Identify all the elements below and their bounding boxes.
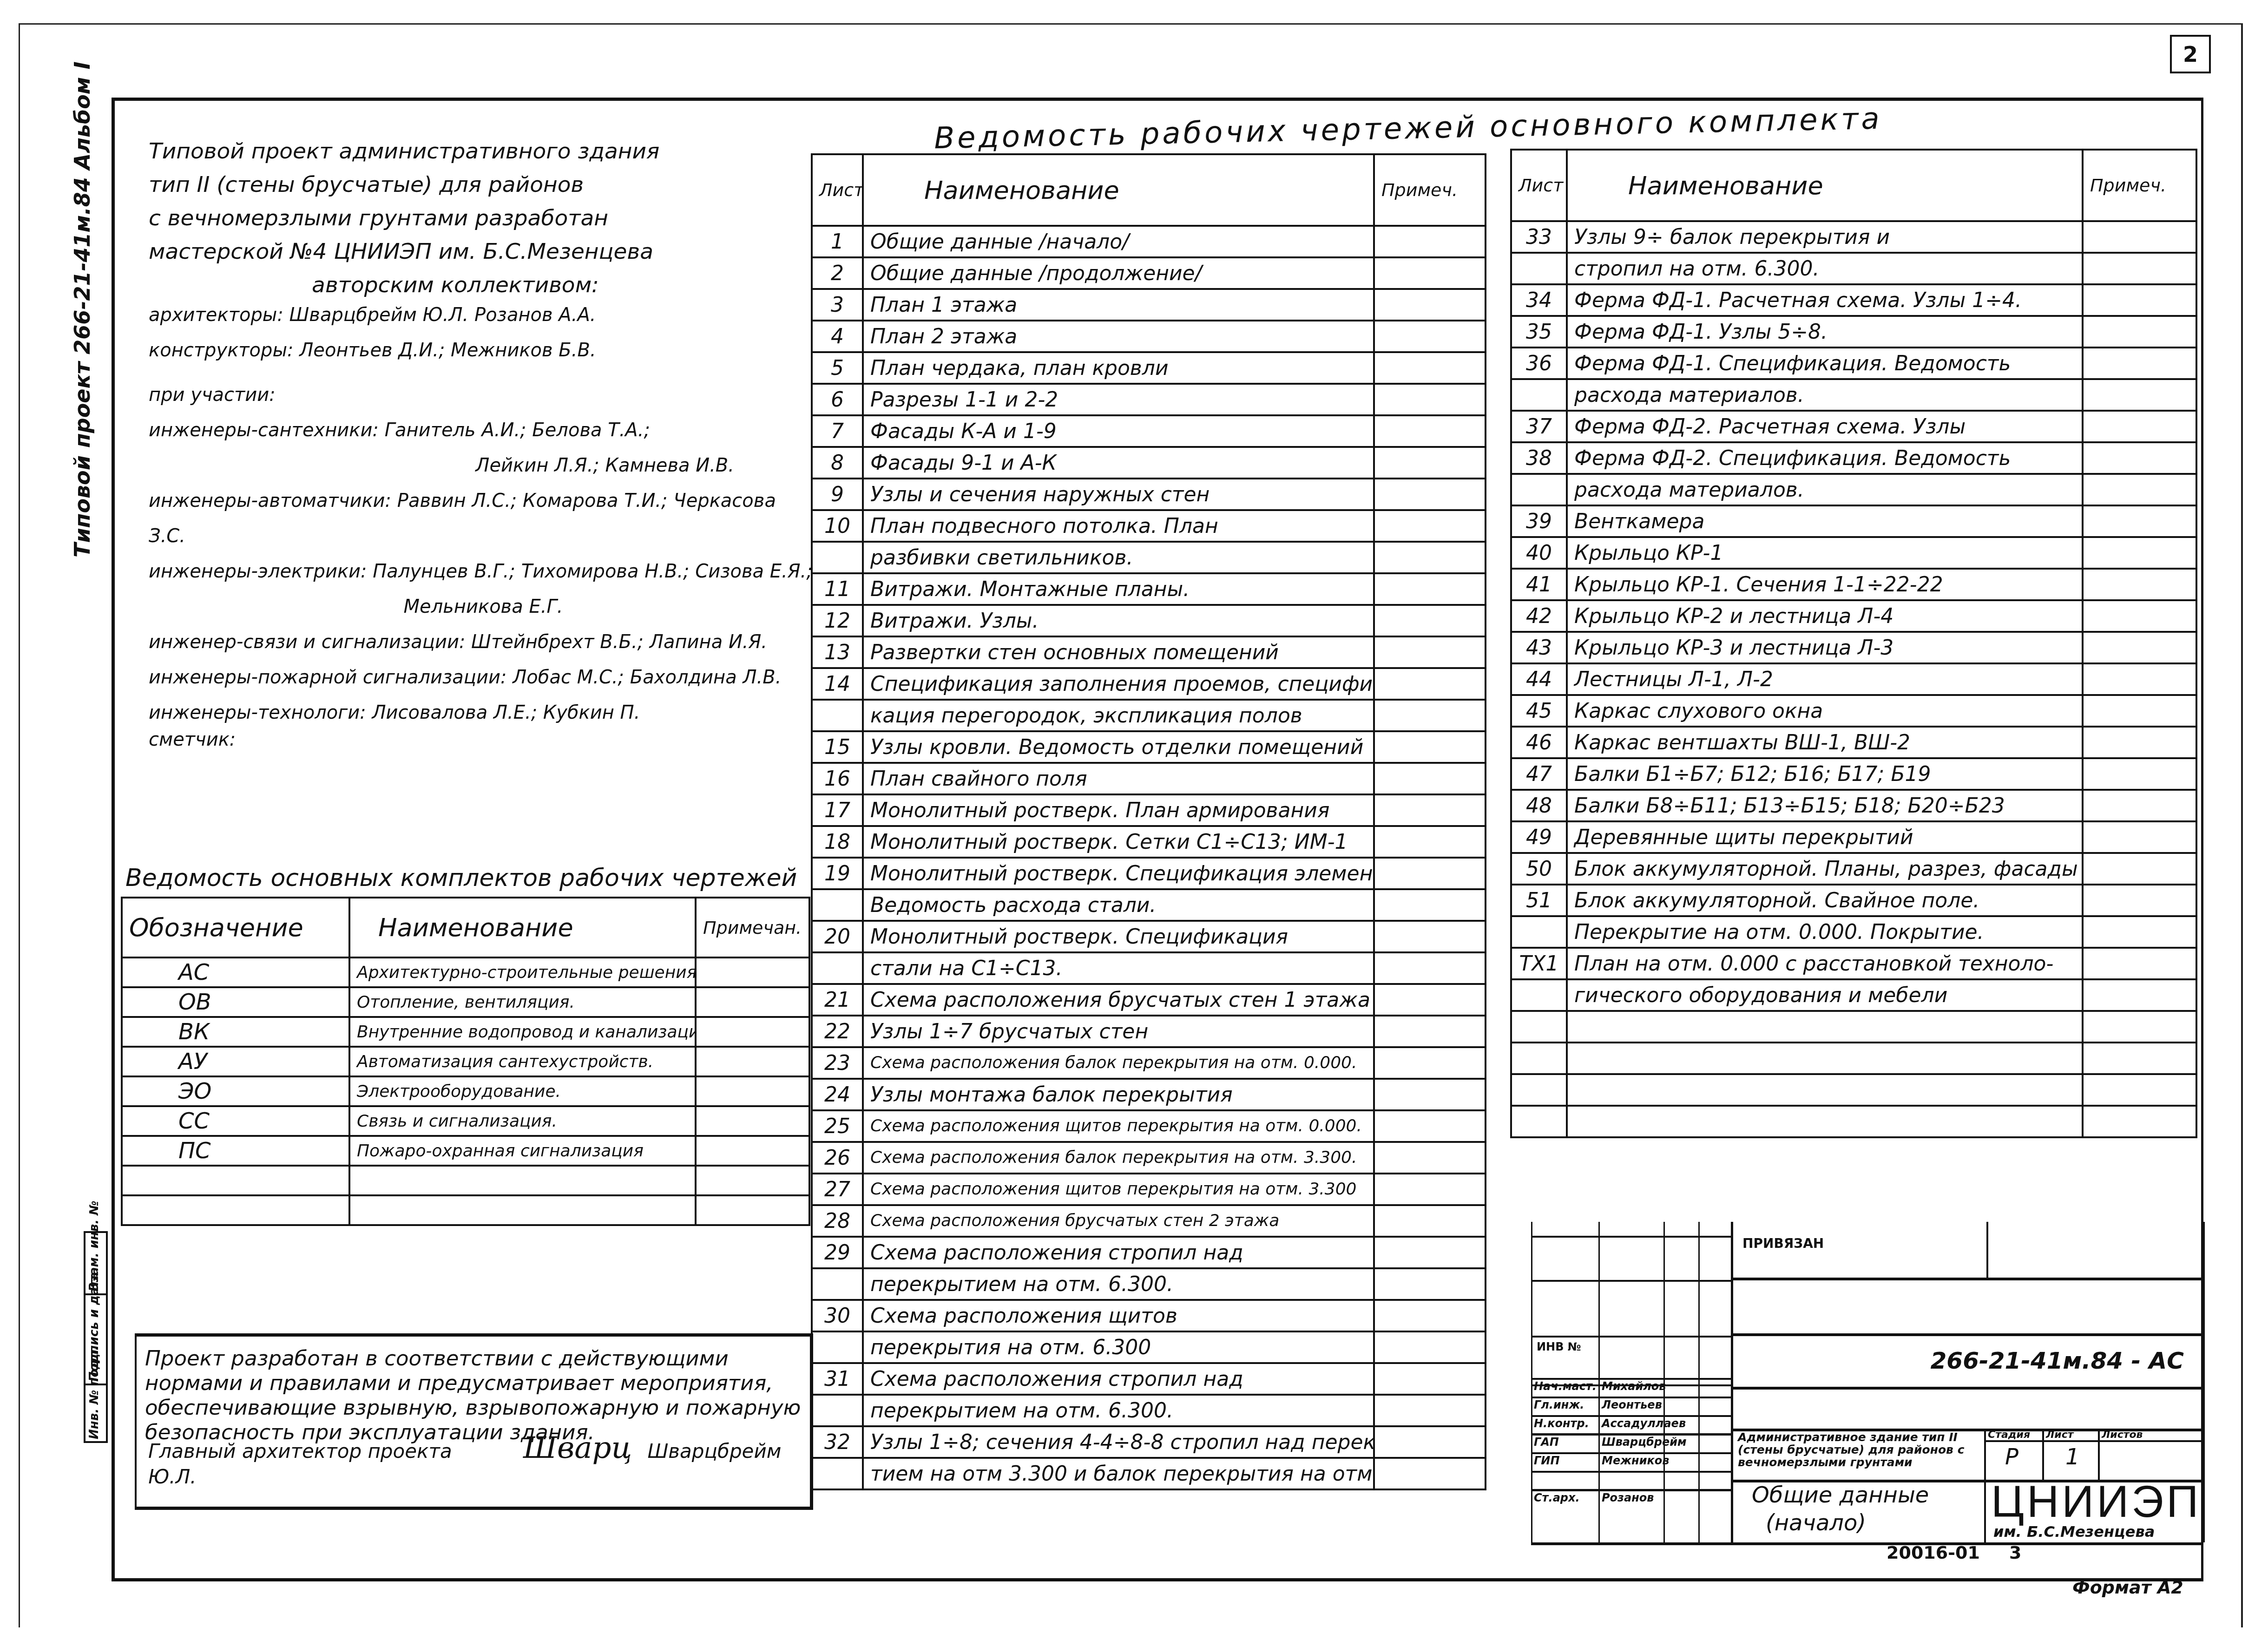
sheet-number: 29 <box>812 1237 863 1268</box>
table-row: АУАвтоматизация сантехустройств. <box>122 1047 809 1076</box>
person-name: Михайлов <box>1602 1380 1666 1393</box>
sheet-number <box>812 1395 863 1426</box>
sheet-note <box>2083 885 2196 916</box>
table-row: 15Узлы кровли. Ведомость отделки помещен… <box>812 731 1486 763</box>
title-block: ИНВ №Нач.маст.МихайловГл.инж.ЛеонтьевН.к… <box>1531 1222 2200 1542</box>
sheet-name: Лестницы Л-1, Л-2 <box>1567 663 2083 695</box>
set-name: Автоматизация сантехустройств. <box>349 1047 696 1076</box>
set-code: АС <box>122 957 349 987</box>
sheet-note <box>2083 790 2196 821</box>
table-row: расхода материалов. <box>1511 474 2196 505</box>
sheet-note <box>2083 221 2196 253</box>
sheet-name: Крыльцо КР-1 <box>1567 537 2083 569</box>
table-row: 44Лестницы Л-1, Л-2 <box>1511 663 2196 695</box>
sheet-name: Каркас вентшахты ВШ-1, ВШ-2 <box>1567 727 2083 758</box>
sheet-note <box>1374 1142 1486 1174</box>
sheet-note <box>1374 321 1486 352</box>
table-row: 31Схема расположения стропил над <box>812 1363 1486 1395</box>
sheet-number <box>812 952 863 984</box>
set-name: Внутренние водопровод и канализация. <box>349 1017 696 1047</box>
sheet-note <box>1374 384 1486 415</box>
sheet-number <box>1511 1011 1567 1043</box>
archive-code: 20016-01 <box>1887 1542 1980 1563</box>
table-row: 21Схема расположения брусчатых стен 1 эт… <box>812 984 1486 1016</box>
sheet-number: 26 <box>812 1142 863 1174</box>
table-row: Перекрытие на отм. 0.000. Покрытие. <box>1511 916 2196 948</box>
sheet-number: 16 <box>812 763 863 794</box>
sheet-number: 51 <box>1511 885 1567 916</box>
sheet-name: Монолитный ростверк. Сетки С1÷С13; ИМ-1 <box>863 826 1374 858</box>
sheet-number: 41 <box>1511 569 1567 600</box>
sheet-note <box>1374 1363 1486 1395</box>
organization-logo: ЦНИИЭП <box>1991 1476 2201 1528</box>
table-row: 32Узлы 1÷8; сечения 4-4÷8-8 стропил над … <box>812 1426 1486 1458</box>
sheet-name: Схема расположения стропил над <box>863 1237 1374 1268</box>
sheet-note <box>1374 700 1486 731</box>
table-row: 41Крыльцо КР-1. Сечения 1-1÷22-22 <box>1511 569 2196 600</box>
person-role: Нач.маст. <box>1534 1380 1597 1393</box>
divider <box>2042 1429 2044 1480</box>
sheet-note <box>1374 794 1486 826</box>
sheet-name: Схема расположения брусчатых стен 1 этаж… <box>863 984 1374 1016</box>
table-row: 43Крыльцо КР-3 и лестница Л-3 <box>1511 632 2196 663</box>
table-row: 8Фасады 9-1 и А-К <box>812 447 1486 479</box>
sheet-number: 45 <box>1511 695 1567 727</box>
sheet-name: Схема расположения балок перекрытия на о… <box>863 1047 1374 1079</box>
chief-architect-label: Главный архитектор проекта <box>148 1440 452 1462</box>
credit-constructors: конструкторы: Леонтьев Д.И.; Межников Б.… <box>149 333 818 368</box>
table-row: гического оборудования и мебели <box>1511 979 2196 1011</box>
table-row: перекрытием на отм. 6.300. <box>812 1268 1486 1300</box>
sheet-number: 9 <box>812 479 863 510</box>
sheet-number: 10 <box>812 510 863 542</box>
table-row: тием на отм 3.300 и балок перекрытия на … <box>812 1458 1486 1489</box>
credit-plumbing-cont: Лейкин Л.Я.; Камнева И.В. <box>149 448 818 483</box>
sheet-note <box>1374 1395 1486 1426</box>
table-row: 29Схема расположения стропил над <box>812 1237 1486 1268</box>
sheet-note <box>1374 1237 1486 1268</box>
sheet-name <box>1567 1106 2083 1137</box>
header-sheet: Лист <box>812 154 863 226</box>
sheet-name: разбивки светильников. <box>863 542 1374 573</box>
stamp-cell: Инв. № подл. <box>84 1384 108 1443</box>
set-name: Архитектурно-строительные решения <box>349 957 696 987</box>
sheet-name: Каркас слухового окна <box>1567 695 2083 727</box>
sheet-name: Балки Б8÷Б11; Б13÷Б15; Б18; Б20÷Б23 <box>1567 790 2083 821</box>
table-row: 45Каркас слухового окна <box>1511 695 2196 727</box>
table-row: 23Схема расположения балок перекрытия на… <box>812 1047 1486 1079</box>
sheet-number <box>1511 1074 1567 1106</box>
sheet-name: Деревянные щиты перекрытий <box>1567 821 2083 853</box>
table-row: 40Крыльцо КР-1 <box>1511 537 2196 569</box>
table-row: 26Схема расположения балок перекрытия на… <box>812 1142 1486 1174</box>
credit-automation: инженеры-автоматчики: Раввин Л.С.; Комар… <box>149 483 818 554</box>
sheet-note <box>2083 1011 2196 1043</box>
sheet-name: Ферма ФД-2. Расчетная схема. Узлы <box>1567 411 2083 442</box>
table-row: ОВОтопление, вентиляция. <box>122 987 809 1017</box>
sheet-name: стропил на отм. 6.300. <box>1567 253 2083 284</box>
sheet-note <box>1374 1268 1486 1300</box>
compliance-note: Проект разработан в соответствии с дейст… <box>135 1333 813 1510</box>
divider <box>1733 1278 2202 1280</box>
sheet-name: Узлы 1÷8; сечения 4-4÷8-8 стропил над пе… <box>863 1426 1374 1458</box>
sheet-note <box>1374 542 1486 573</box>
table-row: расхода материалов. <box>1511 379 2196 411</box>
table-row: 42Крыльцо КР-2 и лестница Л-4 <box>1511 600 2196 632</box>
sheet-number: 18 <box>812 826 863 858</box>
credit-fire: инженеры-пожарной сигнализации: Лобас М.… <box>149 660 818 695</box>
sheet-note <box>2083 632 2196 663</box>
sheet-number <box>1511 979 1567 1011</box>
sheet-number: 8 <box>812 447 863 479</box>
header-sheet: Лист <box>1511 150 1567 221</box>
stamp-label: Инв. № подл. <box>87 1346 101 1439</box>
sheet-note <box>1374 1458 1486 1489</box>
sheet-note <box>1374 984 1486 1016</box>
sheet-note <box>2083 348 2196 379</box>
sheet-note <box>2083 853 2196 885</box>
intro-line: с вечномерзлыми грунтами разработан <box>149 202 762 235</box>
sheet-note <box>1374 668 1486 700</box>
sets-table-title: Ведомость основных комплектов рабочих че… <box>125 864 797 892</box>
table-row <box>1511 1074 2196 1106</box>
sheet-note <box>2083 1074 2196 1106</box>
sheet-number: 2 <box>812 257 863 289</box>
sheets-table-right: Лист Наименование Примеч. 33Узлы 9÷ бало… <box>1510 149 2197 1138</box>
sheet-name: Венткамера <box>1567 505 2083 537</box>
sheet-note <box>2083 758 2196 790</box>
table-row: 3План 1 этажа <box>812 289 1486 321</box>
credit-tech: инженеры-технологи: Лисовалова Л.Е.; Куб… <box>149 695 818 730</box>
sheet-number: 25 <box>812 1110 863 1142</box>
sheet-name: Блок аккумуляторной. Свайное поле. <box>1567 885 2083 916</box>
sheet-note <box>1374 605 1486 636</box>
sheet-name: Ферма ФД-2. Спецификация. Ведомость <box>1567 442 2083 474</box>
table-row <box>1511 1106 2196 1137</box>
table-row: 49Деревянные щиты перекрытий <box>1511 821 2196 853</box>
table-row: Ведомость расхода стали. <box>812 889 1486 921</box>
person-role: Ст.арх. <box>1534 1491 1580 1504</box>
table-row: 39Венткамера <box>1511 505 2196 537</box>
inventory-number-label: ИНВ № <box>1537 1340 1581 1353</box>
sheet-name: Крыльцо КР-2 и лестница Л-4 <box>1567 600 2083 632</box>
sheet-note <box>1374 1331 1486 1363</box>
table-row <box>122 1195 809 1225</box>
sheet-note <box>2083 253 2196 284</box>
grid-line <box>1531 1236 1731 1238</box>
signature-grid: ИНВ №Нач.маст.МихайловГл.инж.ЛеонтьевН.к… <box>1531 1222 1731 1542</box>
set-note <box>696 957 809 987</box>
header-designation: Обозначение <box>122 898 349 957</box>
stage-label: Стадия <box>1988 1429 2030 1441</box>
sheet-note <box>2083 695 2196 727</box>
credit-comms: инженер-связи и сигнализации: Штейнбрехт… <box>149 624 818 660</box>
sheet-number: 42 <box>1511 600 1567 632</box>
table-row: 37Ферма ФД-2. Расчетная схема. Узлы <box>1511 411 2196 442</box>
sheet-number: 22 <box>812 1016 863 1047</box>
table-row: 30Схема расположения щитов <box>812 1300 1486 1331</box>
sheet-name: Развертки стен основных помещений <box>863 636 1374 668</box>
sheet-number <box>1511 1043 1567 1074</box>
set-code <box>122 1166 349 1195</box>
sheet-note <box>1374 952 1486 984</box>
sheet-number: 7 <box>812 415 863 447</box>
sheet-number: 13 <box>812 636 863 668</box>
table-row: 1Общие данные /начало/ <box>812 226 1486 257</box>
sheet-number: 11 <box>812 573 863 605</box>
sheet-number <box>1511 253 1567 284</box>
sheet-name: Монолитный ростверк. Спецификация <box>863 921 1374 952</box>
sheet-number: 27 <box>812 1174 863 1205</box>
credit-electric-cont: Мельникова Е.Г. <box>149 589 818 624</box>
table-row <box>122 1166 809 1195</box>
sheet-note <box>1374 226 1486 257</box>
sheet-name: Монолитный ростверк. Спецификация элемен… <box>863 858 1374 889</box>
sheet-note <box>1374 479 1486 510</box>
sheet-number: 32 <box>812 1426 863 1458</box>
table-row: 17Монолитный ростверк. План армирования <box>812 794 1486 826</box>
sheet-number: 38 <box>1511 442 1567 474</box>
sheet-number <box>1511 379 1567 411</box>
divider <box>1984 1429 1986 1542</box>
person-name: Ассадуллаев <box>1602 1417 1686 1430</box>
sheet-number <box>812 889 863 921</box>
sheet-name: Узлы кровли. Ведомость отделки помещений <box>863 731 1374 763</box>
set-name: Пожаро-охранная сигнализация <box>349 1136 696 1166</box>
sheet-note <box>1374 1016 1486 1047</box>
divider <box>1733 1387 2202 1390</box>
sheet-name: План 1 этажа <box>863 289 1374 321</box>
intro-line: Типовой проект административного здания <box>149 135 762 168</box>
paper-format: Формат А2 <box>2072 1577 2183 1598</box>
set-code: ВК <box>122 1017 349 1047</box>
sheet-note <box>1374 1205 1486 1237</box>
table-row: перекрытием на отм. 6.300. <box>812 1395 1486 1426</box>
table-row: 7Фасады К-А и 1-9 <box>812 415 1486 447</box>
credit-electric: инженеры-электрики: Палунцев В.Г.; Тихом… <box>149 554 818 589</box>
sheet-note <box>1374 352 1486 384</box>
sheet-name: Узлы и сечения наружных стен <box>863 479 1374 510</box>
sheet-number <box>1511 916 1567 948</box>
set-note <box>696 1076 809 1106</box>
sheet-note <box>2083 284 2196 316</box>
table-row: 4План 2 этажа <box>812 321 1486 352</box>
set-note <box>696 987 809 1017</box>
set-note <box>696 1017 809 1047</box>
set-code <box>122 1195 349 1225</box>
credit-participation: при участии: <box>149 377 818 413</box>
sheet-note <box>1374 826 1486 858</box>
sheet-name: Ферма ФД-1. Спецификация. Ведомость <box>1567 348 2083 379</box>
sheet-number: 30 <box>812 1300 863 1331</box>
grid-line <box>1698 1222 1700 1542</box>
left-margin-stamp: Взам. инв. № Подпись и дата Инв. № подл. <box>84 1231 130 1589</box>
sheet-note <box>2083 916 2196 948</box>
grid-line <box>1598 1222 1600 1542</box>
table-row: кация перегородок, экспликация полов <box>812 700 1486 731</box>
credit-plumbing: инженеры-сантехники: Ганитель А.И.; Бело… <box>149 413 818 448</box>
set-name: Связь и сигнализация. <box>349 1106 696 1136</box>
sheet-number: 36 <box>1511 348 1567 379</box>
table-row: 6Разрезы 1-1 и 2-2 <box>812 384 1486 415</box>
chief-architect-line: Главный архитектор проекта Шварц Шварцбр… <box>148 1431 810 1488</box>
sheet-number: 24 <box>812 1079 863 1110</box>
sheet-note <box>1374 289 1486 321</box>
sheet-note <box>2083 663 2196 695</box>
sheet-name: Фасады К-А и 1-9 <box>863 415 1374 447</box>
sheet-number <box>1511 474 1567 505</box>
grid-line <box>1531 1336 1731 1338</box>
sheets-label: Листов <box>2102 1429 2143 1441</box>
sheet-number: 21 <box>812 984 863 1016</box>
sheet-name: Узлы монтажа балок перекрытия <box>863 1079 1374 1110</box>
set-code: ОВ <box>122 987 349 1017</box>
sheet-number: 31 <box>812 1363 863 1395</box>
sheet-number <box>812 542 863 573</box>
sheet-note <box>1374 510 1486 542</box>
sheets-table-left: Лист Наименование Примеч. 1Общие данные … <box>811 153 1486 1490</box>
credits: архитекторы: Шварцбрейм Ю.Л. Розанов А.А… <box>149 297 818 749</box>
sheet-name: Ведомость расхода стали. <box>863 889 1374 921</box>
table-row: 12Витражи. Узлы. <box>812 605 1486 636</box>
sheet-number <box>812 1331 863 1363</box>
document-code: 266-21-41м.84 - АС <box>1931 1347 2184 1374</box>
sheet-name <box>1567 1043 2083 1074</box>
sheet-name: Монолитный ростверк. План армирования <box>863 794 1374 826</box>
table-row: 27Схема расположения щитов перекрытия на… <box>812 1174 1486 1205</box>
table-row: 2Общие данные /продолжение/ <box>812 257 1486 289</box>
sheet-number: 4 <box>812 321 863 352</box>
table-row: 11Витражи. Монтажные планы. <box>812 573 1486 605</box>
project-intro: Типовой проект административного здания … <box>149 135 762 302</box>
intro-line: тип II (стены брусчатые) для районов <box>149 168 762 202</box>
sheet-note <box>2083 821 2196 853</box>
set-note <box>696 1195 809 1225</box>
divider <box>1733 1333 2202 1336</box>
person-name: Межников <box>1602 1454 1669 1467</box>
sheet-name: Разрезы 1-1 и 2-2 <box>863 384 1374 415</box>
sheet-note <box>1374 415 1486 447</box>
person-role: Н.контр. <box>1534 1417 1589 1430</box>
header-name: Наименование <box>1567 150 2083 221</box>
table-row: стали на С1÷С13. <box>812 952 1486 984</box>
sheet-name: тием на отм 3.300 и балок перекрытия на … <box>863 1458 1374 1489</box>
sheet-name: Витражи. Монтажные планы. <box>863 573 1374 605</box>
title-block-main: ПРИВЯЗАН 266-21-41м.84 - АС Администрати… <box>1731 1222 2205 1542</box>
sheet-number: 1 <box>812 226 863 257</box>
signature: Шварц <box>523 1431 632 1465</box>
sheet-note <box>2083 474 2196 505</box>
credit-architects: архитекторы: Шварцбрейм Ю.Л. Розанов А.А… <box>149 297 818 333</box>
sheet-number: 35 <box>1511 316 1567 348</box>
sheet-note <box>2083 948 2196 979</box>
sheet-note <box>2083 1106 2196 1137</box>
sheet-note <box>1374 889 1486 921</box>
table-row: перекрытия на отм. 6.300 <box>812 1331 1486 1363</box>
sheet-note <box>1374 1110 1486 1142</box>
sheet-number: 43 <box>1511 632 1567 663</box>
person-name: Шварцбрейм <box>1602 1436 1687 1449</box>
sheet-name: Фасады 9-1 и А-К <box>863 447 1374 479</box>
table-row: 36Ферма ФД-1. Спецификация. Ведомость <box>1511 348 2196 379</box>
page-number: 2 <box>2170 35 2211 73</box>
side-album-title: Типовой проект 266-21-41м.84 Альбом I <box>70 61 95 557</box>
sheet-name: Схема расположения балок перекрытия на о… <box>863 1142 1374 1174</box>
divider <box>1986 1222 1988 1278</box>
sheet-number: 15 <box>812 731 863 763</box>
table-row: 20Монолитный ростверк. Спецификация <box>812 921 1486 952</box>
sheet-name <box>1567 1074 2083 1106</box>
sheet-number: 46 <box>1511 727 1567 758</box>
sheet-note <box>1374 1174 1486 1205</box>
set-name <box>349 1166 696 1195</box>
sheet-note <box>1374 573 1486 605</box>
sheet-number: 6 <box>812 384 863 415</box>
sheet-note <box>1374 447 1486 479</box>
sheet-name: Ферма ФД-1. Расчетная схема. Узлы 1÷4. <box>1567 284 2083 316</box>
table-row: 35Ферма ФД-1. Узлы 5÷8. <box>1511 316 2196 348</box>
table-row: 22Узлы 1÷7 брусчатых стен <box>812 1016 1486 1047</box>
sheet-number: 37 <box>1511 411 1567 442</box>
table-row: 19Монолитный ростверк. Спецификация элем… <box>812 858 1486 889</box>
sheet-name <box>1567 1011 2083 1043</box>
person-role: ГАП <box>1534 1436 1559 1449</box>
sheet-name: Блок аккумуляторной. Планы, разрез, фаса… <box>1567 853 2083 885</box>
sheet-number: 23 <box>812 1047 863 1079</box>
sheet-name: перекрытия на отм. 6.300 <box>863 1331 1374 1363</box>
sheet-number: 14 <box>812 668 863 700</box>
sheet-number: 39 <box>1511 505 1567 537</box>
sheet-note <box>2083 442 2196 474</box>
sheet-note <box>2083 1043 2196 1074</box>
table-row: 16План свайного поля <box>812 763 1486 794</box>
sheet-number <box>812 700 863 731</box>
sheet-label: Лист <box>2046 1429 2073 1441</box>
sheet-name: Перекрытие на отм. 0.000. Покрытие. <box>1567 916 2083 948</box>
sheet-name: перекрытием на отм. 6.300. <box>863 1395 1374 1426</box>
sheet-name: стали на С1÷С13. <box>863 952 1374 984</box>
sheet-name: Крыльцо КР-3 и лестница Л-3 <box>1567 632 2083 663</box>
sheet-name: Схема расположения щитов перекрытия на о… <box>863 1174 1374 1205</box>
sheet-name: Витражи. Узлы. <box>863 605 1374 636</box>
table-row: 14Спецификация заполнения проемов, специ… <box>812 668 1486 700</box>
sheet-name: Схема расположения щитов перекрытия на о… <box>863 1110 1374 1142</box>
sheet-name: Балки Б1÷Б7; Б12; Б16; Б17; Б19 <box>1567 758 2083 790</box>
sheet-number: 49 <box>1511 821 1567 853</box>
table-row: 47Балки Б1÷Б7; Б12; Б16; Б17; Б19 <box>1511 758 2196 790</box>
set-name: Электрооборудование. <box>349 1076 696 1106</box>
table-row: 33Узлы 9÷ балок перекрытия и <box>1511 221 2196 253</box>
sheet-note <box>1374 858 1486 889</box>
grid-line <box>1531 1222 1532 1542</box>
sheet-number: 28 <box>812 1205 863 1237</box>
sheet-number: 19 <box>812 858 863 889</box>
table-row: 25Схема расположения щитов перекрытия на… <box>812 1110 1486 1142</box>
sheet-note <box>2083 537 2196 569</box>
set-note <box>696 1136 809 1166</box>
person-role: ГИП <box>1534 1454 1559 1467</box>
sheet-note <box>2083 979 2196 1011</box>
table-row: 50Блок аккумуляторной. Планы, разрез, фа… <box>1511 853 2196 885</box>
table-row: 10План подвесного потолка. План <box>812 510 1486 542</box>
header-name: Наименование <box>349 898 696 957</box>
set-code: ПС <box>122 1136 349 1166</box>
archive-sheet: 3 <box>2009 1542 2021 1563</box>
stage-value: Р <box>2005 1444 2018 1470</box>
sheet-note <box>2083 411 2196 442</box>
sheet-number <box>812 1268 863 1300</box>
sheet-name: Схема расположения брусчатых стен 2 этаж… <box>863 1205 1374 1237</box>
